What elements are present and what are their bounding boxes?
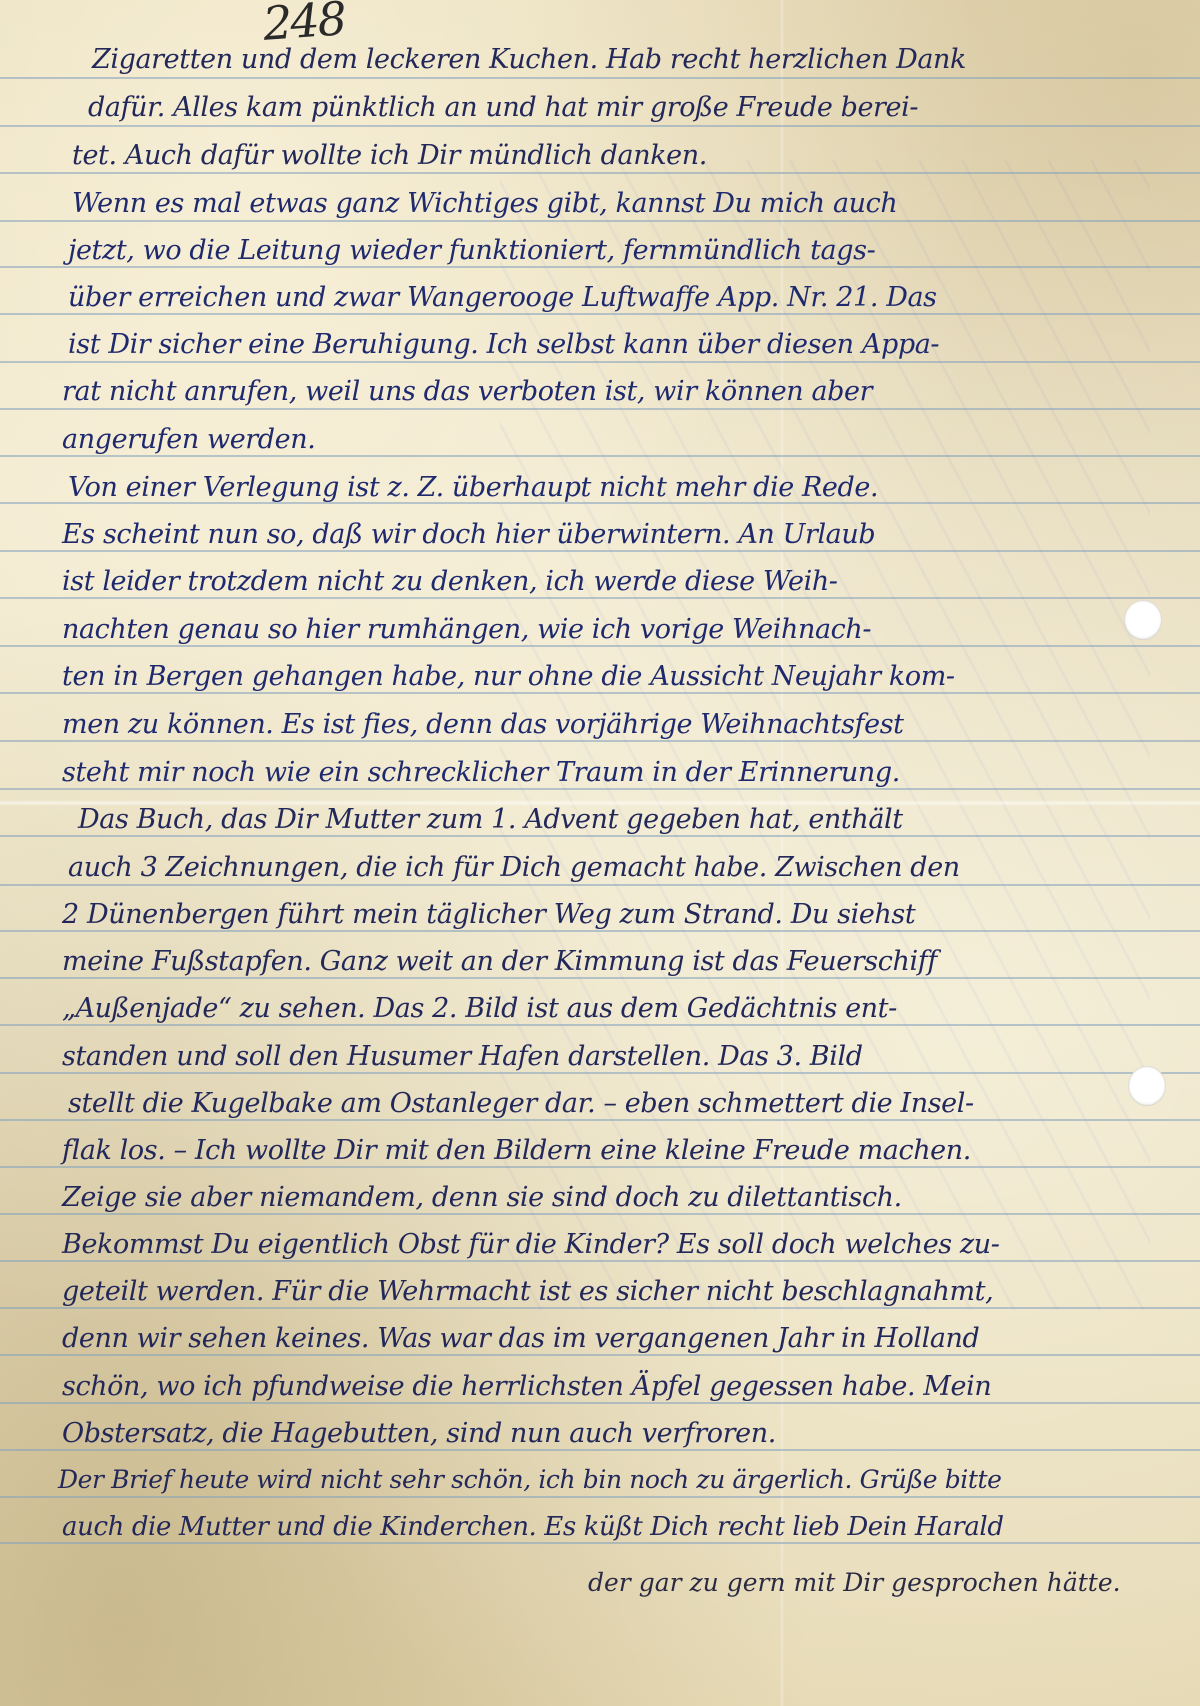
- ruled-line: [0, 313, 1200, 315]
- letter-line: über erreichen und zwar Wangerooge Luftw…: [68, 282, 937, 313]
- letter-line: Das Buch, das Dir Mutter zum 1. Advent g…: [78, 804, 903, 835]
- ruled-line: [0, 455, 1200, 457]
- closing-postscript: der gar zu gern mit Dir gesprochen hätte…: [588, 1568, 1121, 1597]
- letter-line: geteilt werden. Für die Wehrmacht ist es…: [62, 1276, 993, 1307]
- letter-line: stellt die Kugelbake am Ostanleger dar. …: [68, 1088, 974, 1119]
- ruled-line: [0, 125, 1200, 127]
- letter-page: 248 Zigaretten und dem leckeren Kuchen. …: [0, 0, 1200, 1706]
- letter-line: Der Brief heute wird nicht sehr schön, i…: [58, 1465, 1002, 1494]
- ruled-line: [0, 645, 1200, 647]
- letter-line: jetzt, wo die Leitung wieder funktionier…: [68, 235, 875, 266]
- ruled-line: [0, 740, 1200, 742]
- hole-punch: [1128, 1066, 1166, 1106]
- ruled-line: [0, 266, 1200, 268]
- letter-line: dafür. Alles kam pünktlich an und hat mi…: [88, 92, 918, 123]
- ruled-line: [0, 1213, 1200, 1215]
- letter-line: Obstersatz, die Hagebutten, sind nun auc…: [62, 1418, 776, 1449]
- ruled-line: [0, 1496, 1200, 1498]
- ruled-line: [0, 1449, 1200, 1451]
- letter-line: tet. Auch dafür wollte ich Dir mündlich …: [72, 140, 707, 171]
- letter-line: Es scheint nun so, daß wir doch hier übe…: [62, 519, 875, 550]
- hole-punch: [1124, 600, 1162, 640]
- letter-line: schön, wo ich pfundweise die herrlichste…: [62, 1371, 991, 1402]
- letter-line: Von einer Verlegung ist z. Z. überhaupt …: [68, 472, 878, 503]
- letter-line: men zu können. Es ist fies, denn das vor…: [62, 709, 904, 740]
- ruled-line: [0, 884, 1200, 886]
- ruled-line: [0, 408, 1200, 410]
- ruled-line: [0, 1166, 1200, 1168]
- letter-line: auch 3 Zeichnungen, die ich für Dich gem…: [68, 852, 960, 883]
- ruled-line: [0, 930, 1200, 932]
- letter-line: nachten genau so hier rumhängen, wie ich…: [62, 614, 871, 645]
- letter-line: meine Fußstapfen. Ganz weit an der Kimmu…: [62, 946, 937, 977]
- ruled-line: [0, 1072, 1200, 1074]
- letter-line: 2 Dünenbergen führt mein täglicher Weg z…: [62, 899, 915, 930]
- letter-line: standen und soll den Husumer Hafen darst…: [62, 1041, 863, 1072]
- letter-line: flak los. – Ich wollte Dir mit den Bilde…: [62, 1135, 971, 1166]
- letter-line: Zigaretten und dem leckeren Kuchen. Hab …: [92, 44, 966, 75]
- ruled-line: [0, 835, 1200, 837]
- letter-line: angerufen werden.: [62, 424, 315, 455]
- ruled-line: [0, 1354, 1200, 1356]
- letter-line: steht mir noch wie ein schrecklicher Tra…: [62, 757, 900, 788]
- ruled-line: [0, 1024, 1200, 1026]
- ruled-line: [0, 77, 1200, 79]
- letter-line: Zeige sie aber niemandem, denn sie sind …: [62, 1182, 902, 1213]
- ruled-line: [0, 550, 1200, 552]
- letter-line: rat nicht anrufen, weil uns das verboten…: [62, 376, 872, 407]
- ruled-line: [0, 172, 1200, 174]
- letter-line: ist leider trotzdem nicht zu denken, ich…: [62, 566, 838, 597]
- ruled-line: [0, 1307, 1200, 1309]
- ruled-line: [0, 1119, 1200, 1121]
- letter-line: auch die Mutter und die Kinderchen. Es k…: [62, 1512, 1004, 1542]
- letter-line: ten in Bergen gehangen habe, nur ohne di…: [62, 661, 955, 692]
- letter-line: denn wir sehen keines. Was war das im ve…: [62, 1323, 979, 1354]
- ruled-line: [0, 1260, 1200, 1262]
- ruled-line: [0, 220, 1200, 222]
- ruled-line: [0, 788, 1200, 790]
- letter-line: Wenn es mal etwas ganz Wichtiges gibt, k…: [72, 188, 897, 219]
- letter-line: Bekommst Du eigentlich Obst für die Kind…: [62, 1229, 999, 1260]
- ruled-line: [0, 361, 1200, 363]
- letter-line: „Außenjade“ zu sehen. Das 2. Bild ist au…: [62, 993, 897, 1024]
- letter-line: ist Dir sicher eine Beruhigung. Ich selb…: [68, 329, 939, 360]
- ruled-line: [0, 977, 1200, 979]
- ruled-line: [0, 692, 1200, 694]
- ruled-line: [0, 1402, 1200, 1404]
- ruled-line: [0, 597, 1200, 599]
- ruled-line: [0, 1542, 1200, 1544]
